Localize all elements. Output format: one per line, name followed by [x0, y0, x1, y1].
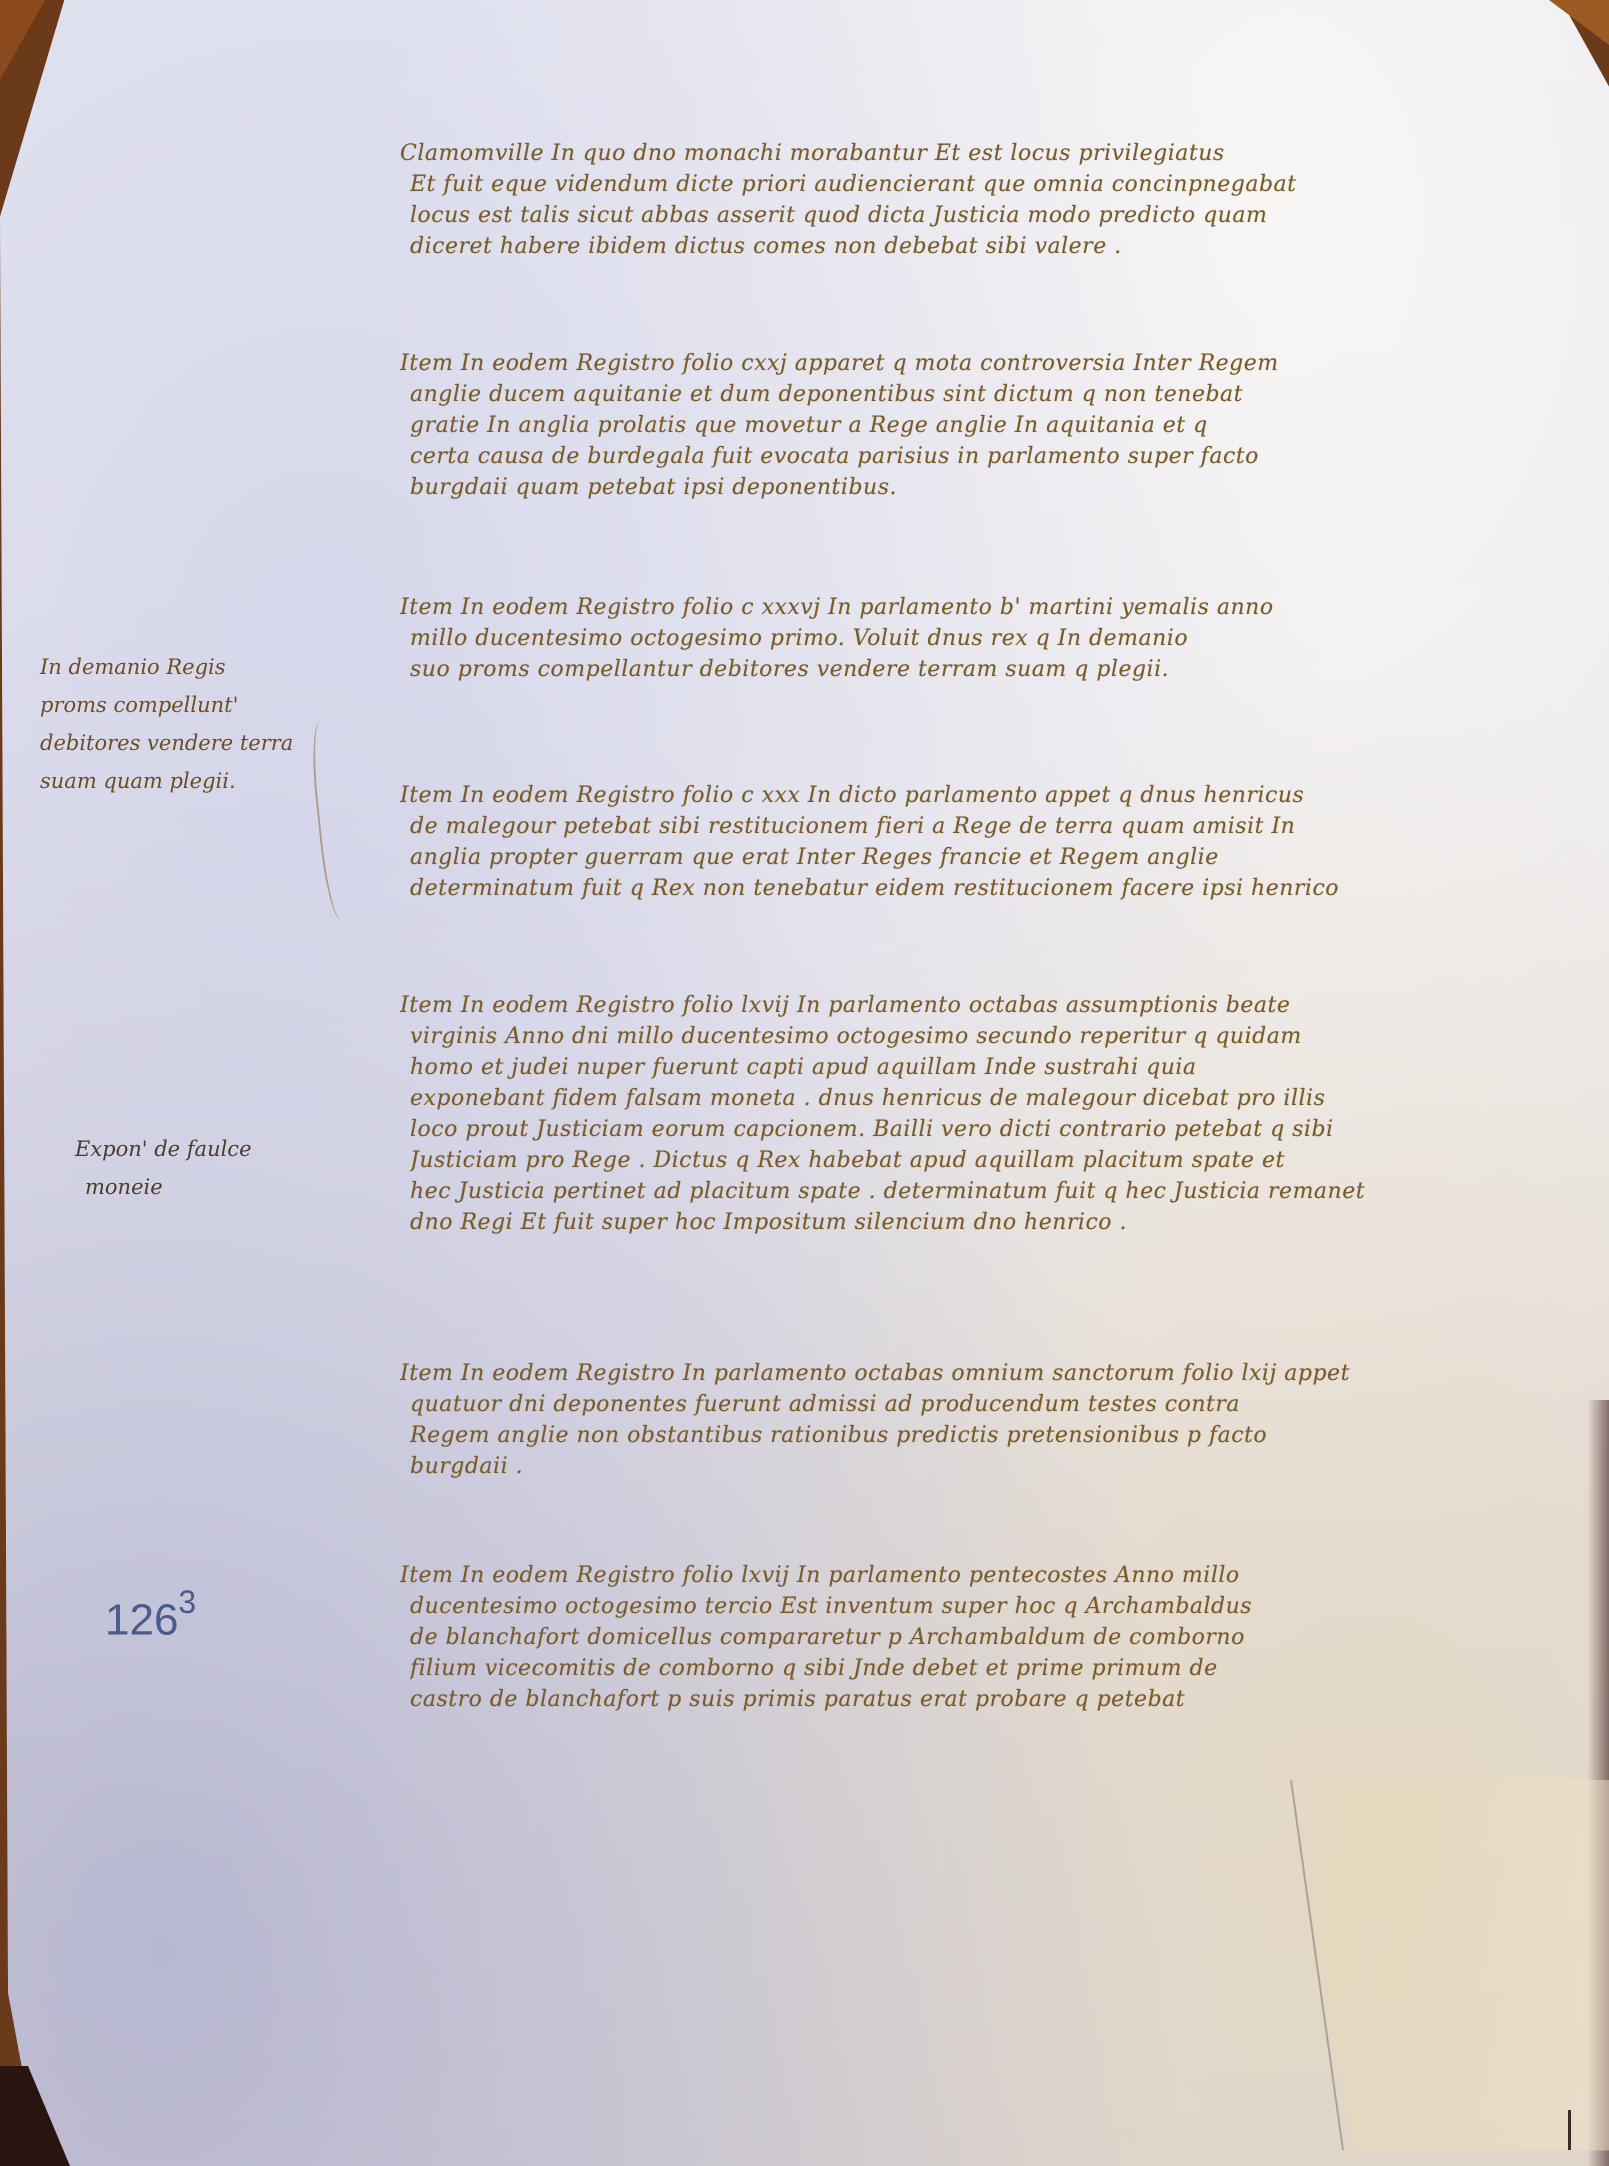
text-line: homo et judei nuper fuerunt capti apud a… [410, 1052, 1450, 1083]
folio-main: 126 [105, 1596, 178, 1645]
text-line: locus est talis sicut abbas asserit quod… [410, 200, 1450, 231]
margin-line: suam quam plegii. [40, 762, 293, 800]
text-line: quatuor dni deponentes fuerunt admissi a… [410, 1389, 1450, 1420]
paragraph-4: Item In eodem Registro folio c xxx In di… [410, 780, 1450, 904]
text-line: burgdaii . [410, 1451, 1450, 1482]
text-line: dno Regi Et fuit super hoc Impositum sil… [410, 1207, 1450, 1238]
paragraph-1: Clamomville In quo dno monachi morabantu… [410, 138, 1450, 262]
text-line: anglia propter guerram que erat Inter Re… [410, 842, 1450, 873]
margin-line: Expon' de faulce [75, 1130, 252, 1168]
text-line: Regem anglie non obstantibus rationibus … [410, 1420, 1450, 1451]
text-line: Item In eodem Registro folio cxxj appare… [400, 348, 1450, 379]
text-line: Item In eodem Registro folio c xxxvj In … [400, 592, 1450, 623]
text-line: Item In eodem Registro folio c xxx In di… [400, 780, 1450, 811]
edge-mark [1568, 2110, 1571, 2150]
text-line: certa causa de burdegala fuit evocata pa… [410, 441, 1450, 472]
text-line: Et fuit eque videndum dicte priori audie… [410, 169, 1450, 200]
paragraph-7: Item In eodem Registro folio lxvij In pa… [410, 1560, 1450, 1715]
text-line: virginis Anno dni millo ducentesimo octo… [410, 1021, 1450, 1052]
paragraph-6: Item In eodem Registro In parlamento oct… [410, 1358, 1450, 1482]
text-line: de malegour petebat sibi restitucionem f… [410, 811, 1450, 842]
text-line: loco prout Justiciam eorum capcionem. Ba… [410, 1114, 1450, 1145]
text-line: suo proms compellantur debitores vendere… [410, 654, 1450, 685]
text-line: Item In eodem Registro folio lxvij In pa… [400, 1560, 1450, 1591]
text-line: Item In eodem Registro In parlamento oct… [400, 1358, 1450, 1389]
text-line: de blanchafort domicellus compararetur p… [410, 1622, 1450, 1653]
text-line: diceret habere ibidem dictus comes non d… [410, 231, 1450, 262]
text-line: determinatum fuit q Rex non tenebatur ei… [410, 873, 1450, 904]
text-line: ducentesimo octogesimo tercio Est invent… [410, 1591, 1450, 1622]
text-line: castro de blanchafort p suis primis para… [410, 1684, 1450, 1715]
text-line: Justiciam pro Rege . Dictus q Rex habeba… [410, 1145, 1450, 1176]
text-line: Item In eodem Registro folio lxvij In pa… [400, 990, 1450, 1021]
background-corner [0, 0, 45, 80]
margin-line: In demanio Regis [40, 648, 293, 686]
folio-sup: 3 [178, 1584, 196, 1620]
margin-note-demanio: In demanio Regis proms compellunt' debit… [40, 648, 293, 800]
folio-number: 1263 [105, 1590, 196, 1646]
text-line: filium vicecomitis de comborno q sibi Jn… [410, 1653, 1450, 1684]
margin-line: moneie [75, 1168, 252, 1206]
paragraph-3: Item In eodem Registro folio c xxxvj In … [410, 592, 1450, 685]
text-line: Clamomville In quo dno monachi morabantu… [400, 138, 1450, 169]
text-line: anglie ducem aquitanie et dum deponentib… [410, 379, 1450, 410]
text-line: burgdaii quam petebat ipsi deponentibus. [410, 472, 1450, 503]
text-line: millo ducentesimo octogesimo primo. Volu… [410, 623, 1450, 654]
margin-line: debitores vendere terra [40, 724, 293, 762]
text-line: gratie In anglia prolatis que movetur a … [410, 410, 1450, 441]
margin-line: proms compellunt' [40, 686, 293, 724]
text-line: exponebant fidem falsam moneta . dnus he… [410, 1083, 1450, 1114]
text-line: hec Justicia pertinet ad placitum spate … [410, 1176, 1450, 1207]
paragraph-5: Item In eodem Registro folio lxvij In pa… [410, 990, 1450, 1238]
margin-note-faulce-moneie: Expon' de faulce moneie [75, 1130, 252, 1206]
paragraph-2: Item In eodem Registro folio cxxj appare… [410, 348, 1450, 503]
